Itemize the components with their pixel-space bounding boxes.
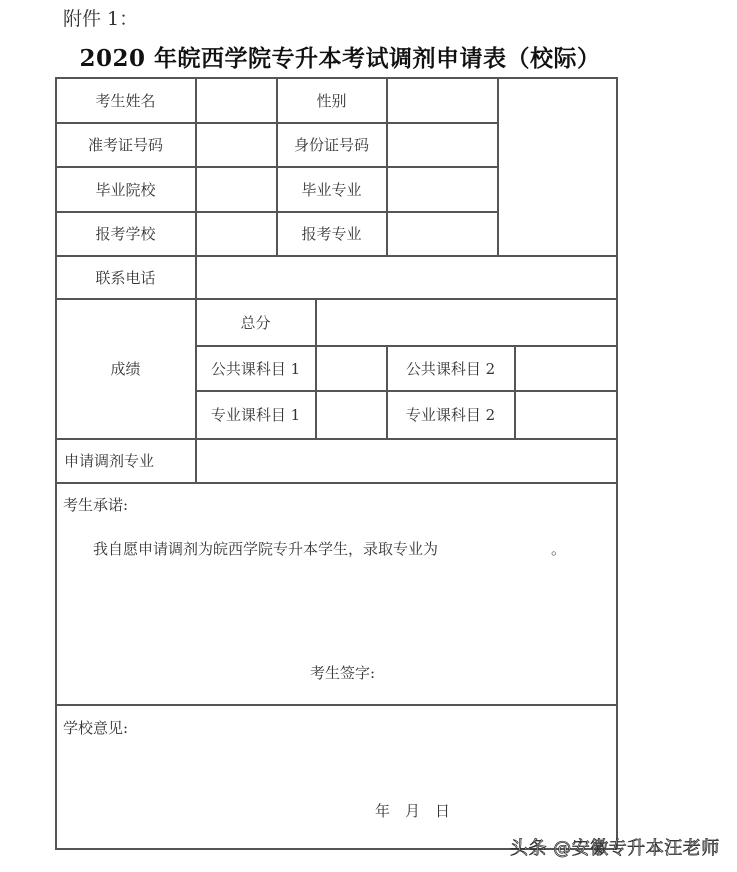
signature-label: 考生签字: bbox=[310, 662, 375, 683]
gender-field[interactable] bbox=[387, 78, 497, 122]
applied-major-field[interactable] bbox=[387, 212, 497, 255]
major-subject-2-field[interactable] bbox=[515, 391, 616, 438]
label-name: 考生姓名 bbox=[56, 78, 195, 122]
label-transfer-major: 申请调剂专业 bbox=[64, 450, 154, 471]
label-applied-school: 报考学校 bbox=[56, 212, 195, 255]
label-applied-major: 报考专业 bbox=[277, 212, 386, 255]
table-border-right bbox=[616, 77, 618, 849]
graduated-major-field[interactable] bbox=[387, 167, 497, 211]
school-opinion-heading: 学校意见: bbox=[63, 717, 128, 738]
attachment-label: 附件 1： bbox=[63, 4, 138, 31]
graduated-school-field[interactable] bbox=[196, 167, 276, 211]
photo-box bbox=[498, 78, 616, 255]
public-subject-1-field[interactable] bbox=[316, 346, 386, 390]
label-exam-ticket: 准考证号码 bbox=[56, 123, 195, 166]
label-major-subject-1: 专业课科目 1 bbox=[196, 391, 315, 438]
applied-school-field[interactable] bbox=[196, 212, 276, 255]
page-title: 2020 年皖西学院专升本考试调剂申请表（校际） bbox=[0, 40, 680, 73]
label-major-subject-2: 专业课科目 2 bbox=[387, 391, 514, 438]
label-public-subject-1: 公共课科目 1 bbox=[196, 346, 315, 390]
date-label: 年 月 日 bbox=[375, 800, 450, 821]
transfer-major-field[interactable] bbox=[196, 439, 616, 482]
exam-ticket-field[interactable] bbox=[196, 123, 276, 166]
label-public-subject-2: 公共课科目 2 bbox=[387, 346, 514, 390]
total-score-field[interactable] bbox=[316, 299, 616, 345]
name-field[interactable] bbox=[196, 78, 276, 122]
label-id-number: 身份证号码 bbox=[277, 123, 386, 166]
label-phone: 联系电话 bbox=[56, 256, 195, 298]
row-divider bbox=[55, 482, 617, 484]
row-divider bbox=[55, 704, 617, 706]
label-total-score: 总分 bbox=[196, 299, 315, 345]
phone-field[interactable] bbox=[196, 256, 616, 298]
pledge-period: 。 bbox=[551, 538, 566, 559]
label-graduated-major: 毕业专业 bbox=[277, 167, 386, 211]
public-subject-2-field[interactable] bbox=[515, 346, 616, 390]
label-scores: 成绩 bbox=[56, 299, 195, 438]
watermark: 头条 @安徽专升本汪老师 bbox=[510, 834, 720, 860]
pledge-statement: 我自愿申请调剂为皖西学院专升本学生，录取专业为 bbox=[93, 538, 438, 559]
major-subject-1-field[interactable] bbox=[316, 391, 386, 438]
pledge-heading: 考生承诺: bbox=[63, 494, 128, 515]
id-number-field[interactable] bbox=[387, 123, 497, 166]
label-graduated-school: 毕业院校 bbox=[56, 167, 195, 211]
label-gender: 性别 bbox=[277, 78, 386, 122]
